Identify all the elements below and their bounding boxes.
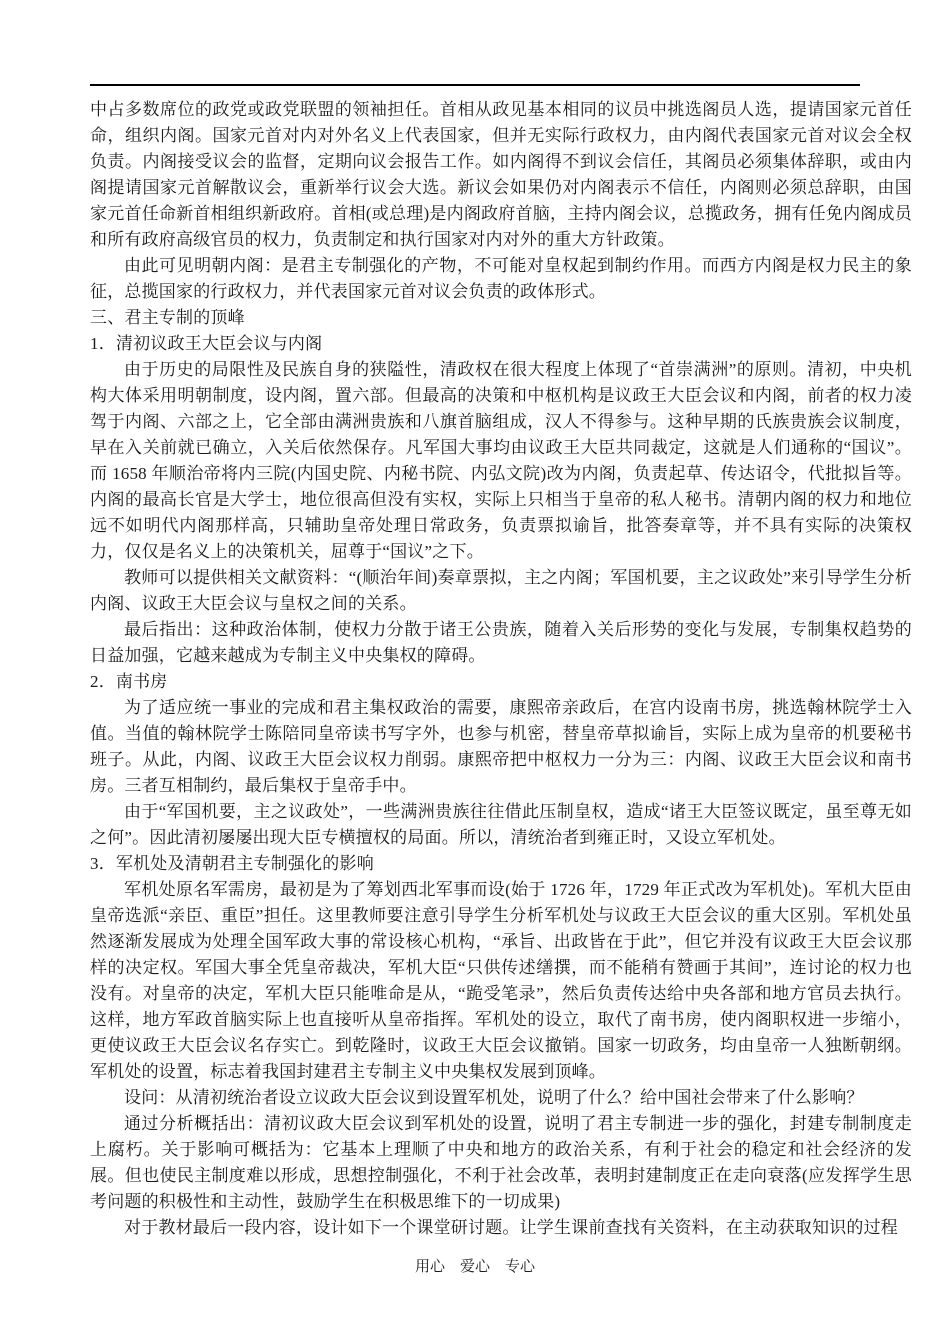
paragraph: 为了适应统一事业的完成和君主集权政治的需要，康熙帝亲政后，在宫内设南书房，挑选翰…: [90, 695, 912, 799]
section-heading: 1．清初议政王大臣会议与内阁: [90, 331, 912, 357]
section-heading: 2．南书房: [90, 669, 912, 695]
paragraph: 军机处原名军需房，最初是为了筹划西北军事而设(始于 1726 年，1729 年正…: [90, 877, 912, 1085]
header-divider: [90, 84, 860, 86]
paragraph: 中占多数席位的政党或政党联盟的领袖担任。首相从政见基本相同的议员中挑选阁员人选，…: [90, 97, 912, 253]
section-heading: 3．军机处及清朝君主专制强化的影响: [90, 851, 912, 877]
paragraph: 通过分析概括出：清初议政大臣会议到军机处的设置，说明了君主专制进一步的强化，封建…: [90, 1111, 912, 1215]
paragraph: 设问：从清初统治者设立议政大臣会议到设置军机处，说明了什么？给中国社会带来了什么…: [90, 1085, 912, 1111]
page-footer: 用心 爱心 专心: [0, 1256, 950, 1278]
paragraph: 最后指出：这种政治体制，使权力分散于诸王公贵族，随着入关后形势的变化与发展，专制…: [90, 617, 912, 669]
document-body: 中占多数席位的政党或政党联盟的领袖担任。首相从政见基本相同的议员中挑选阁员人选，…: [90, 97, 912, 1241]
paragraph: 教师可以提供相关文献资料：“(顺治年间)奏章票拟，主之内阁；军国机要，主之议政处…: [90, 565, 912, 617]
paragraph: 由于“军国机要，主之议政处”，一些满洲贵族往往借此压制皇权，造成“诸王大臣签议既…: [90, 799, 912, 851]
paragraph: 由于历史的局限性及民族自身的狭隘性，清政权在很大程度上体现了“首崇满洲”的原则。…: [90, 357, 912, 565]
document-page: 中占多数席位的政党或政党联盟的领袖担任。首相从政见基本相同的议员中挑选阁员人选，…: [0, 0, 950, 1344]
paragraph: 由此可见明朝内阁：是君主专制强化的产物，不可能对皇权起到制约作用。而西方内阁是权…: [90, 253, 912, 305]
paragraph: 对于教材最后一段内容，设计如下一个课堂研讨题。让学生课前查找有关资料，在主动获取…: [90, 1215, 912, 1241]
section-heading: 三、君主专制的顶峰: [90, 305, 912, 331]
